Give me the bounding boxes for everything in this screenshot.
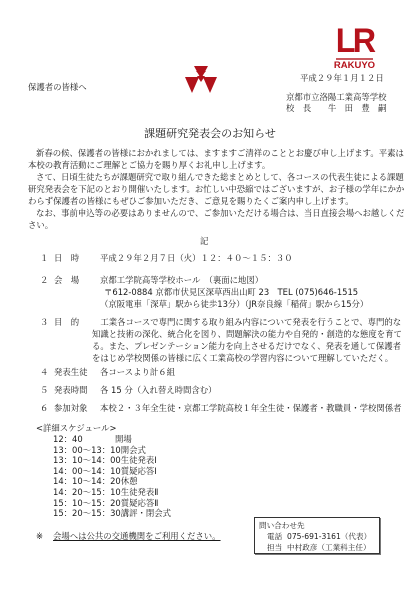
schedule-event: 講評・閉会式: [121, 508, 171, 519]
schedule-time: 15：10～15：20: [53, 498, 121, 509]
item-5-value: 各 15 分（入れ替え時間含む）: [100, 385, 216, 396]
item-3-line: 工業各コースで専門に関する取り組み内容について発表を行うことで、専門的な: [92, 317, 401, 328]
contact-box: 問い合わせ先 電話 075-691-3161（代表） 担当 中村政彦（工業科主任…: [254, 517, 380, 554]
sender-school: 京都市立洛陽工業高等学校: [286, 92, 387, 103]
three-triangles-emblem-icon: [184, 66, 218, 96]
schedule-time: 13：10～14：00: [53, 455, 121, 466]
schedule-time: 14：20～15：10: [53, 487, 121, 498]
contact-person-row: 担当 中村政彦（工業科主任）: [259, 542, 375, 553]
schedule-row: 13：10～14：00生徒発表Ⅰ: [53, 455, 171, 466]
contact-phone: 075-691-3161（代表）: [287, 532, 371, 541]
schedule-event: 生徒発表Ⅱ: [121, 487, 159, 498]
schedule-time: 13：00～13：10: [53, 445, 121, 456]
item-1-num: １: [40, 253, 48, 264]
logo-mark: LR: [333, 26, 376, 56]
schedule-event: 質疑応答Ⅱ: [121, 498, 159, 509]
contact-person: 中村政彦（工業科主任）: [287, 543, 371, 552]
item-1-value: 平成２９年２月７日（火）１２：４０～１５：３０: [100, 253, 293, 264]
item-3-line: る。また、プレゼンテーション能力を向上させるだけでなく、発表を通して保護者: [92, 341, 401, 352]
document-date: 平成２９年１月１２日: [300, 73, 384, 84]
document-title: 課題研究発表会のお知らせ: [0, 127, 420, 141]
school-logo: LR RAKUYO: [332, 26, 377, 71]
body-line: 研究発表会を下記のとおり開催いたします。お忙しい中恐縮ではございますが、お子様の…: [28, 184, 404, 195]
schedule-time: 12：40: [53, 434, 115, 445]
transport-notice: ※会場へは公共の交通機関をご利用ください。: [36, 530, 221, 542]
schedule-event: 質疑応答Ⅰ: [121, 466, 157, 477]
item-3-line: 知識と技術の深化、統合化を図り、問題解決の能力や自発的・創造的な態度を育て: [92, 329, 402, 340]
item-1-label: 日 時: [54, 253, 79, 264]
item-6-num: ６: [40, 403, 48, 414]
body-line: わらず保護者の皆様にもぜひご参加いただき、ご意見を賜りたくご案内申し上げます。: [28, 196, 354, 207]
schedule-event: 開場: [115, 434, 132, 445]
notice-text: 会場へは公共の交通機関をご利用ください。: [53, 531, 221, 541]
item-4-label: 発表生徒: [54, 367, 88, 378]
contact-heading: 問い合わせ先: [259, 520, 375, 531]
item-4-value: 各コースより計６組: [100, 367, 175, 378]
body-line: 本校の教育活動にご理解とご協力を賜り厚くお礼申し上げます。: [28, 160, 270, 171]
item-3-num: ３: [40, 317, 48, 328]
item-2-value: 京都工学院高等学校ホール （裏面に地図）: [100, 275, 263, 286]
schedule-time: 15：20～15：30: [53, 508, 121, 519]
item-5-num: ５: [40, 385, 48, 396]
schedule-list: 12：40開場 13：00～13：10開会式 13：10～14：00生徒発表Ⅰ …: [53, 434, 171, 519]
item-6-value: 本校２・３年全生徒・京都工学院高校１年全生徒・保護者・教職員・学校関係者: [100, 403, 402, 414]
schedule-time: 14：10～14：20: [53, 476, 121, 487]
item-2-address: 〒612-0884 京都市伏見区深草西出山町 23 TEL (075)646-1…: [104, 287, 358, 298]
body-line: 新春の候、保護者の皆様におかれましては、ますますご清祥のこととお慶び申し上げます…: [36, 148, 404, 159]
item-5-label: 発表時間: [54, 385, 88, 396]
schedule-row: 15：10～15：20質疑応答Ⅱ: [53, 498, 171, 509]
item-2-num: ２: [40, 275, 48, 286]
schedule-row: 12：40開場: [53, 434, 171, 445]
schedule-row: 14：00～14：10質疑応答Ⅰ: [53, 466, 171, 477]
schedule-heading: <詳細スケジュール>: [36, 423, 117, 434]
reference-mark: ※: [36, 531, 43, 541]
logo-name: RAKUYO: [332, 61, 377, 71]
schedule-row: 13：00～13：10開会式: [53, 445, 171, 456]
contact-phone-row: 電話 075-691-3161（代表）: [259, 531, 375, 542]
ki-heading: 記: [200, 236, 208, 247]
item-2-access: （京阪電車「深草」駅から徒歩13分）（JR奈良線「稲荷」駅から15分）: [100, 299, 368, 310]
schedule-row: 14：10～14：20休憩: [53, 476, 171, 487]
body-line: さい。: [28, 220, 53, 231]
contact-phone-label: 電話: [267, 532, 282, 541]
item-6-label: 参加対象: [54, 403, 88, 414]
schedule-event: 生徒発表Ⅰ: [121, 455, 157, 466]
schedule-row: 14：20～15：10生徒発表Ⅱ: [53, 487, 171, 498]
schedule-row: 15：20～15：30講評・閉会式: [53, 508, 171, 519]
schedule-event: 開会式: [121, 445, 146, 456]
body-line: さて、日頃生徒たちが課題研究で取り組んできた総まとめとして、各コースの代表生徒に…: [36, 172, 404, 183]
body-line: なお、事前申込等の必要はありませんので、ご参加いただける場合は、当日直接会場へお…: [36, 208, 404, 219]
contact-person-label: 担当: [267, 543, 282, 552]
schedule-time: 14：00～14：10: [53, 466, 121, 477]
schedule-event: 休憩: [121, 476, 138, 487]
item-3-line: をはじめ学校関係の皆様に広く工業高校の学習内容について理解していただく。: [92, 353, 393, 364]
item-3-label: 目 的: [54, 317, 79, 328]
sender-principal: 校 長 牛 田 豊 嗣: [286, 103, 387, 114]
recipient: 保護者の皆様へ: [28, 82, 87, 93]
item-2-label: 会 場: [54, 275, 79, 286]
item-4-num: ４: [40, 367, 48, 378]
